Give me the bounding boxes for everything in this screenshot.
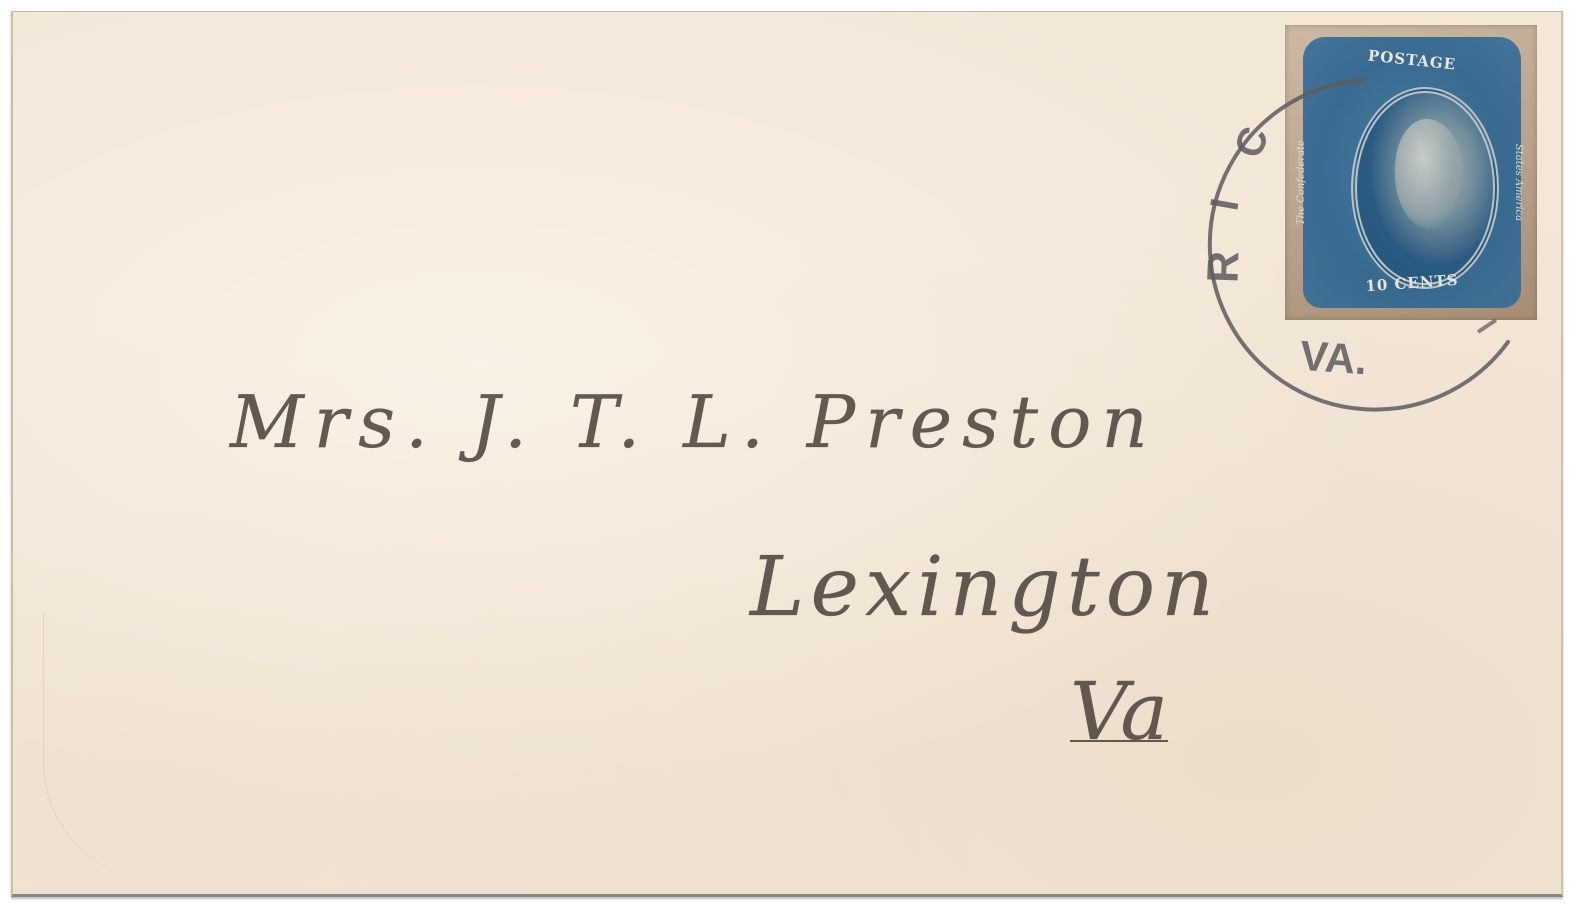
postage-stamp: POSTAGE The Confederate States America 1… <box>1285 25 1537 320</box>
address-recipient: Mrs. J. T. L. Preston <box>230 380 1158 464</box>
stamp-right-label: States America <box>1513 144 1524 221</box>
stamp-engraved-frame: POSTAGE The Confederate States America 1… <box>1303 37 1521 308</box>
stamp-left-label: The Confederate <box>1296 140 1307 225</box>
envelope-fold-crease <box>43 612 164 882</box>
stamp-top-label: POSTAGE <box>1303 40 1522 81</box>
envelope-scene: POSTAGE The Confederate States America 1… <box>0 0 1591 923</box>
portrait-icon <box>1395 119 1465 229</box>
address-city: Lexington <box>750 540 1220 635</box>
address-state: Va <box>1070 665 1168 758</box>
stamp-portrait-oval <box>1351 87 1499 289</box>
